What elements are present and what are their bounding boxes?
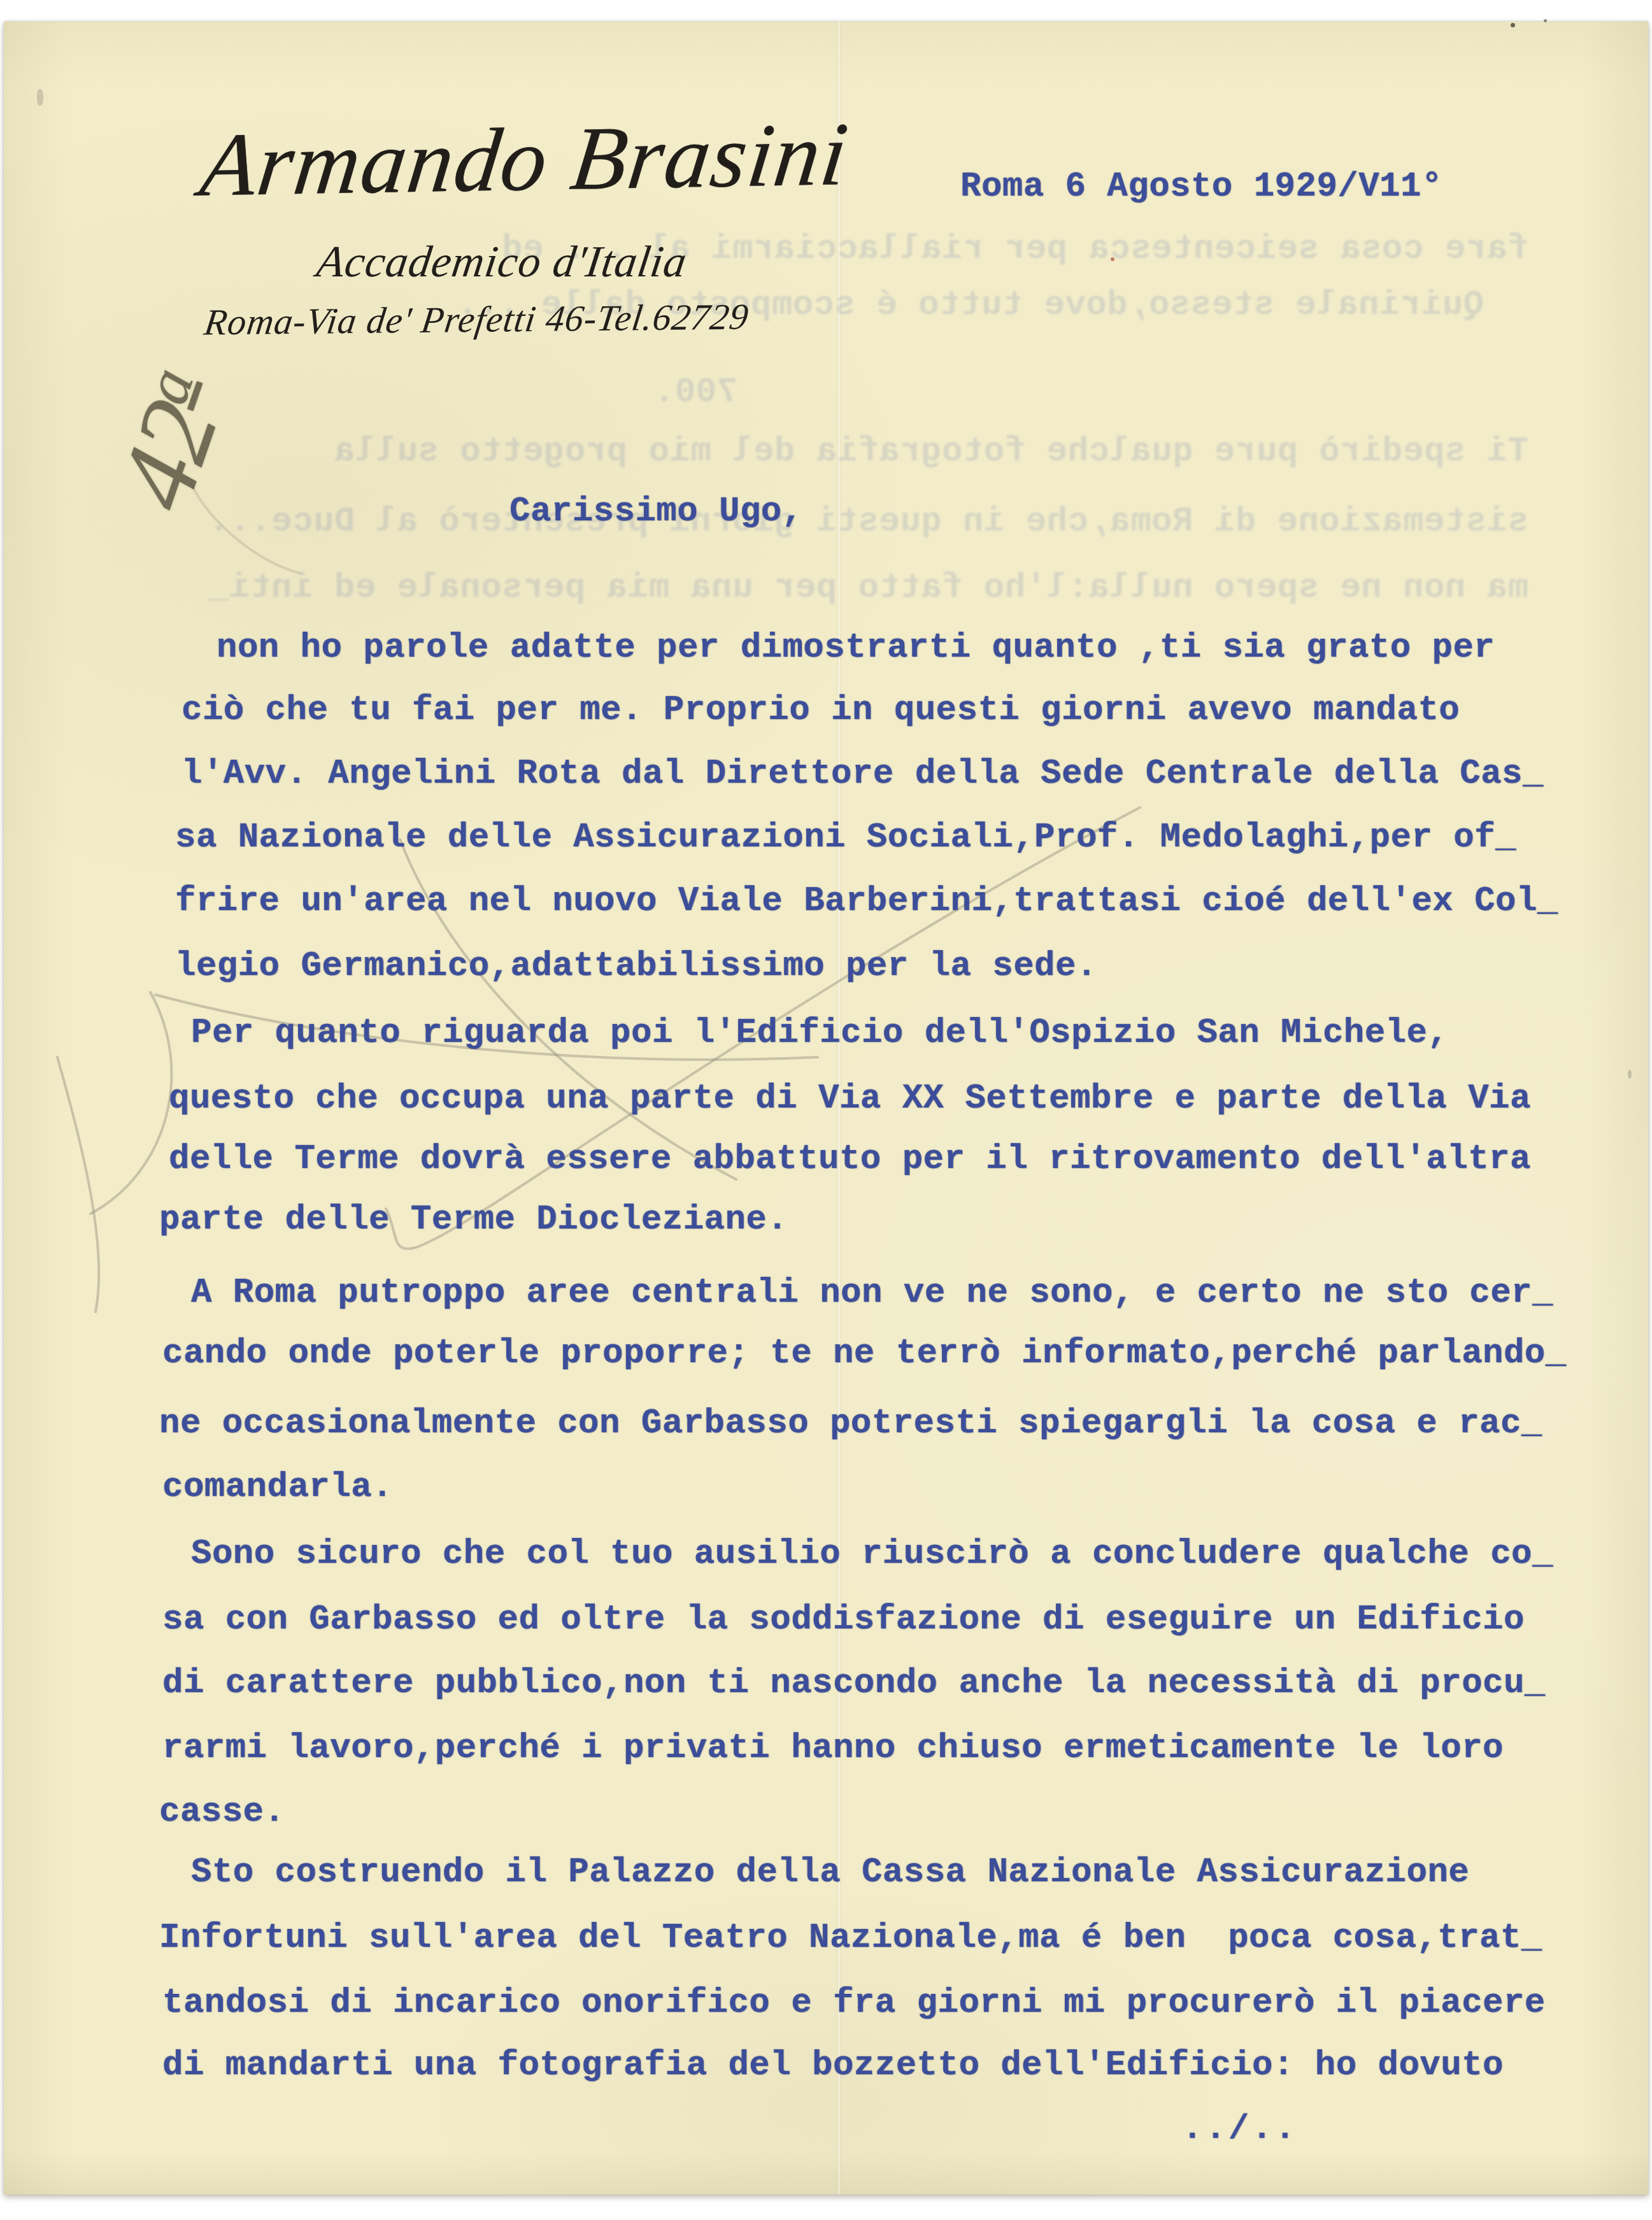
letter-line: parte delle Terme Diocleziane. [159,1200,788,1241]
paper-speck [1628,1070,1632,1079]
letter-line: cando onde poterle proporre; te ne terrò… [162,1334,1567,1374]
letter-line: ne occasionalmente con Garbasso potresti… [159,1404,1542,1444]
letter-line: Per quanto riguarda poi l'Edificio dell'… [191,1013,1448,1054]
paper-speck [1511,23,1515,27]
letter-line: delle Terme dovrà essere abbattuto per i… [169,1139,1531,1180]
letter-line: ciò che tu fai per me. Proprio in questi… [182,690,1460,731]
letter-line: frire un'area nel nuovo Viale Barberini,… [175,881,1558,922]
letter-line: comandarla. [162,1467,393,1508]
letterhead-address: Roma-Via de' Prefetti 46-Tel.62729 [202,295,751,344]
letter-line: di carattere pubblico,non ti nascondo an… [162,1663,1546,1704]
letter-line: non ho parole adatte per dimostrarti qua… [217,628,1495,669]
paper-speck [1544,19,1547,22]
letter-line: sa con Garbasso ed oltre la soddisfazion… [162,1600,1525,1640]
continuation-mark: ../.. [1182,2109,1298,2150]
letter-line: Sto costruendo il Palazzo della Cassa Na… [191,1853,1469,1893]
letter-line: casse. [159,1792,285,1833]
letter-line: legio Germanico,adattabilissimo per la s… [175,946,1097,987]
letterhead-title: Accademico d'Italia [313,237,690,288]
dateline: Roma 6 Agosto 1929/V11° [960,167,1442,208]
letter-line: l'Avv. Angelini Rota dal Direttore della… [182,754,1544,795]
pencil-stroke [57,1057,99,1312]
letterhead-name: Armando Brasini [196,101,855,217]
paper-speck [37,89,43,106]
letter-line: questo che occupa una parte di Via XX Se… [169,1079,1531,1120]
letter-line: rarmi lavoro,perché i privati hanno chiu… [162,1728,1504,1769]
pencil-stroke [90,992,171,1214]
letter-line: sa Nazionale delle Assicurazioni Sociali… [175,818,1516,858]
scanned-letter-page: { "document": { "kind": "typewritten-let… [0,0,1652,2220]
letter-line: Infortuni sull'area del Teatro Nazionale… [159,1918,1542,1959]
letter-line: Sono sicuro che col tuo ausilio riuscirò… [191,1534,1553,1575]
salutation: Carissimo Ugo, [509,492,803,532]
letter-line: di mandarti una fotografia del bozzetto … [162,2046,1504,2086]
letter-line: A Roma putroppo aree centrali non ve ne … [191,1273,1553,1314]
letter-line: tandosi di incarico onorifico e fra gior… [162,1983,1546,2024]
paper-speck [1111,257,1114,261]
